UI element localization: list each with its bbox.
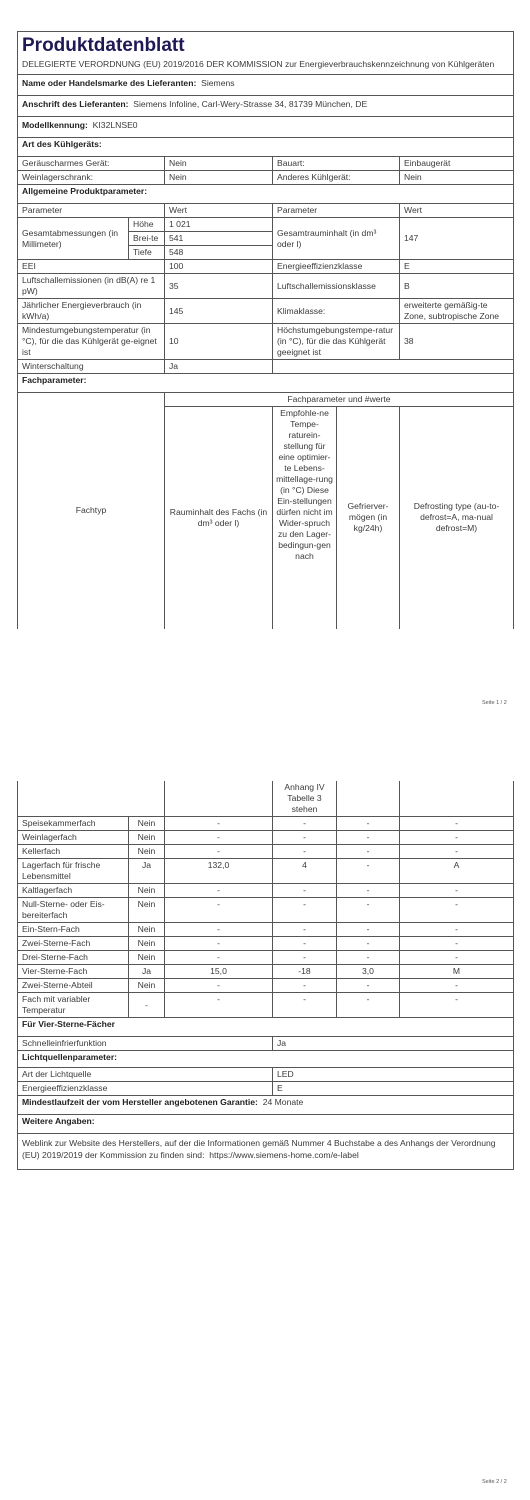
compartment-volume: - [165,898,273,923]
height-value: 1 021 [165,218,273,232]
regulation-text: DELEGIERTE VERORDNUNG (EU) 2019/2016 DER… [18,57,514,75]
compartment-defrost: - [400,898,514,923]
light-type-label: Art der Lichtquelle [18,1068,273,1082]
climate-label: Klimaklasse: [273,299,400,324]
compartment-temp: -18 [273,965,337,979]
col-group-header: Fachparameter und #werte [165,393,514,407]
manufacturer-weblink[interactable]: https://www.siemens-home.com/e-label [209,1150,359,1160]
compartment-freezing-capacity: - [337,884,400,898]
address-value: Siemens Infoline, Carl-Wery-Strasse 34, … [133,99,367,109]
compartment-volume: 132,0 [165,859,273,884]
compartment-volume: - [165,923,273,937]
winter-value: Ja [165,360,273,374]
light-heading: Lichtquellenparameter: [18,1051,514,1068]
compartment-volume: - [165,817,273,831]
eei-label: EEI [18,260,165,274]
compartment-type: Null-Sterne- oder Eis-bereiterfach [18,898,129,923]
compartment-row: SpeisekammerfachNein---- [18,817,514,831]
compartment-type: Vier-Sterne-Fach [18,965,129,979]
compartment-type: Zwei-Sterne-Abteil [18,979,129,993]
compartment-temp: - [273,884,337,898]
compartment-row: KellerfachNein---- [18,845,514,859]
dimensions-label: Gesamtabmessungen (in Millimeter) [18,218,129,260]
compartment-present: Nein [129,831,165,845]
compartment-temp: - [273,845,337,859]
wine-value: Nein [165,171,273,185]
min-temp-label: Mindestumgebungstemperatur (in °C), für … [18,324,165,360]
compartment-volume: - [165,979,273,993]
width-label: Brei-te [129,232,165,246]
compartment-present: Nein [129,884,165,898]
compartment-freezing-capacity: - [337,898,400,923]
compartment-type: Weinlagerfach [18,831,129,845]
compartment-freezing-capacity: - [337,937,400,951]
model-label: Modellkennung: [22,120,88,130]
compartment-temp: 4 [273,859,337,884]
other-value: Nein [400,171,514,185]
warranty-label: Mindestlaufzeit der vom Hersteller angeb… [22,1097,258,1107]
compartment-temp: - [273,993,337,1018]
compartment-temp: - [273,979,337,993]
compartment-freezing-capacity: - [337,831,400,845]
compartment-freezing-capacity: - [337,845,400,859]
max-temp-label: Höchstumgebungstempe-ratur (in °C), für … [273,324,400,360]
compartment-defrost: - [400,884,514,898]
compartment-defrost: - [400,923,514,937]
col-value: Wert [165,204,273,218]
volume-label: Gesamtrauminhalt (in dm³ oder l) [273,218,400,260]
page-2: Anhang IV Tabelle 3 stehen Speisekammerf… [17,781,513,1170]
model-value: KI32LNSE0 [93,120,138,130]
quick-freeze-label: Schnelleinfrierfunktion [18,1037,273,1051]
compartment-temp: - [273,923,337,937]
supplier-label: Name oder Handelsmarke des Lieferanten: [22,78,196,88]
compartment-volume: - [165,937,273,951]
compartment-row: Null-Sterne- oder Eis-bereiterfachNein--… [18,898,514,923]
compartment-freezing-capacity: - [337,817,400,831]
noise-class-label: Luftschallemissionsklasse [273,274,400,299]
winter-label: Winterschaltung [18,360,165,374]
compartment-type: Lagerfach für frische Lebensmittel [18,859,129,884]
noise-value: 35 [165,274,273,299]
compartment-defrost: M [400,965,514,979]
page-1: Produktdatenblatt DELEGIERTE VERORDNUNG … [17,31,513,629]
four-star-heading: Für Vier-Sterne-Fächer [18,1018,514,1037]
compartment-temp: - [273,951,337,965]
compartment-defrost: - [400,831,514,845]
compartment-freezing-capacity: - [337,993,400,1018]
light-class-value: E [273,1082,514,1096]
compartment-volume: 15,0 [165,965,273,979]
width-value: 541 [165,232,273,246]
general-heading: Allgemeine Produktparameter: [18,185,514,204]
compartment-volume: - [165,993,273,1018]
design-label: Bauart: [273,157,400,171]
page-title: Produktdatenblatt [18,32,514,58]
col-freezing-capacity: Gefrierver-mögen (in kg/24h) [337,407,400,629]
energy-consumption-value: 145 [165,299,273,324]
compartment-row: KaltlagerfachNein---- [18,884,514,898]
device-type-row: Weinlagerschrank: Nein Anderes Kühlgerät… [18,171,514,185]
compartment-defrost: - [400,993,514,1018]
compartment-defrost: A [400,859,514,884]
wine-label: Weinlagerschrank: [18,171,165,185]
compartment-present: Nein [129,937,165,951]
compartment-row: Drei-Sterne-FachNein---- [18,951,514,965]
compartment-row: Lagerfach für frische LebensmittelJa132,… [18,859,514,884]
compartment-type: Kellerfach [18,845,129,859]
col-defrost-type: Defrosting type (au-to-defrost=A, ma-nua… [400,407,514,629]
compartment-present: - [129,993,165,1018]
compartment-present: Nein [129,951,165,965]
compartment-row: Zwei-Sterne-AbteilNein---- [18,979,514,993]
compartments-heading: Fachparameter: [18,374,514,393]
compartment-temp: - [273,817,337,831]
datasheet-table-page-1: Produktdatenblatt DELEGIERTE VERORDNUNG … [17,31,514,629]
compartment-present: Ja [129,859,165,884]
compartment-row: Zwei-Sterne-FachNein---- [18,937,514,951]
compartment-volume: - [165,884,273,898]
compartment-temp: - [273,831,337,845]
quiet-value: Nein [165,157,273,171]
light-class-label: Energieeffizienzklasse [18,1082,273,1096]
device-type-heading: Art des Kühlgeräts: [18,138,514,157]
quiet-label: Geräuscharmes Gerät: [18,157,165,171]
compartment-defrost: - [400,951,514,965]
compartment-defrost: - [400,937,514,951]
address-label: Anschrift des Lieferanten: [22,99,129,109]
compartment-type: Zwei-Sterne-Fach [18,937,129,951]
height-label: Höhe [129,218,165,232]
col-recommended-temp: Empfohle-ne Tempe-raturein-stellung für … [273,407,337,629]
quick-freeze-value: Ja [273,1037,514,1051]
compartment-freezing-capacity: 3,0 [337,965,400,979]
col-recommended-temp-cont: Anhang IV Tabelle 3 stehen [273,781,337,817]
col-parameter-2: Parameter [273,204,400,218]
compartment-defrost: - [400,979,514,993]
compartment-row: WeinlagerfachNein---- [18,831,514,845]
compartment-present: Nein [129,923,165,937]
volume-value: 147 [400,218,514,260]
max-temp-value: 38 [400,324,514,360]
noise-label: Luftschallemissionen (in dB(A) re 1 pW) [18,274,165,299]
compartment-present: Nein [129,845,165,859]
compartment-type: Kaltlagerfach [18,884,129,898]
depth-value: 548 [165,246,273,260]
page-number-2: Seite 2 / 2 [482,1479,507,1485]
supplier-value: Siemens [201,78,234,88]
compartment-row: Fach mit variabler Temperatur----- [18,993,514,1018]
col-compartment-type: Fachtyp [18,393,165,629]
noise-class-value: B [400,274,514,299]
other-label: Anderes Kühlgerät: [273,171,400,185]
min-temp-value: 10 [165,324,273,360]
compartment-row: Vier-Sterne-FachJa15,0-183,0M [18,965,514,979]
compartment-defrost: - [400,845,514,859]
device-type-row: Geräuscharmes Gerät: Nein Bauart: Einbau… [18,157,514,171]
warranty-value: 24 Monate [263,1097,304,1107]
further-heading: Weitere Angaben: [18,1115,514,1134]
page-number-1: Seite 1 / 2 [482,700,507,706]
compartment-type: Drei-Sterne-Fach [18,951,129,965]
design-value: Einbaugerät [400,157,514,171]
compartment-volume: - [165,845,273,859]
compartment-freezing-capacity: - [337,923,400,937]
depth-label: Tiefe [129,246,165,260]
compartment-present: Ja [129,965,165,979]
compartment-row: Ein-Stern-FachNein---- [18,923,514,937]
energy-consumption-label: Jährlicher Energieverbrauch (in kWh/a) [18,299,165,324]
compartment-type: Speisekammerfach [18,817,129,831]
compartment-freezing-capacity: - [337,979,400,993]
compartment-defrost: - [400,817,514,831]
compartment-type: Fach mit variabler Temperatur [18,993,129,1018]
compartment-present: Nein [129,898,165,923]
eei-value: 100 [165,260,273,274]
compartment-temp: - [273,898,337,923]
compartment-present: Nein [129,817,165,831]
compartment-temp: - [273,937,337,951]
climate-value: erweiterte gemäßig-te Zone, subtropische… [400,299,514,324]
col-compartment-volume: Rauminhalt des Fachs (in dm³ oder l) [165,407,273,629]
compartment-freezing-capacity: - [337,951,400,965]
compartment-volume: - [165,831,273,845]
light-type-value: LED [273,1068,514,1082]
col-value-2: Wert [400,204,514,218]
col-parameter: Parameter [18,204,165,218]
compartment-present: Nein [129,979,165,993]
compartment-freezing-capacity: - [337,859,400,884]
datasheet-table-page-2: Anhang IV Tabelle 3 stehen Speisekammerf… [17,781,514,1170]
energy-class-label: Energieeffizienzklasse [273,260,400,274]
compartment-type: Ein-Stern-Fach [18,923,129,937]
energy-class-value: E [400,260,514,274]
compartment-volume: - [165,951,273,965]
